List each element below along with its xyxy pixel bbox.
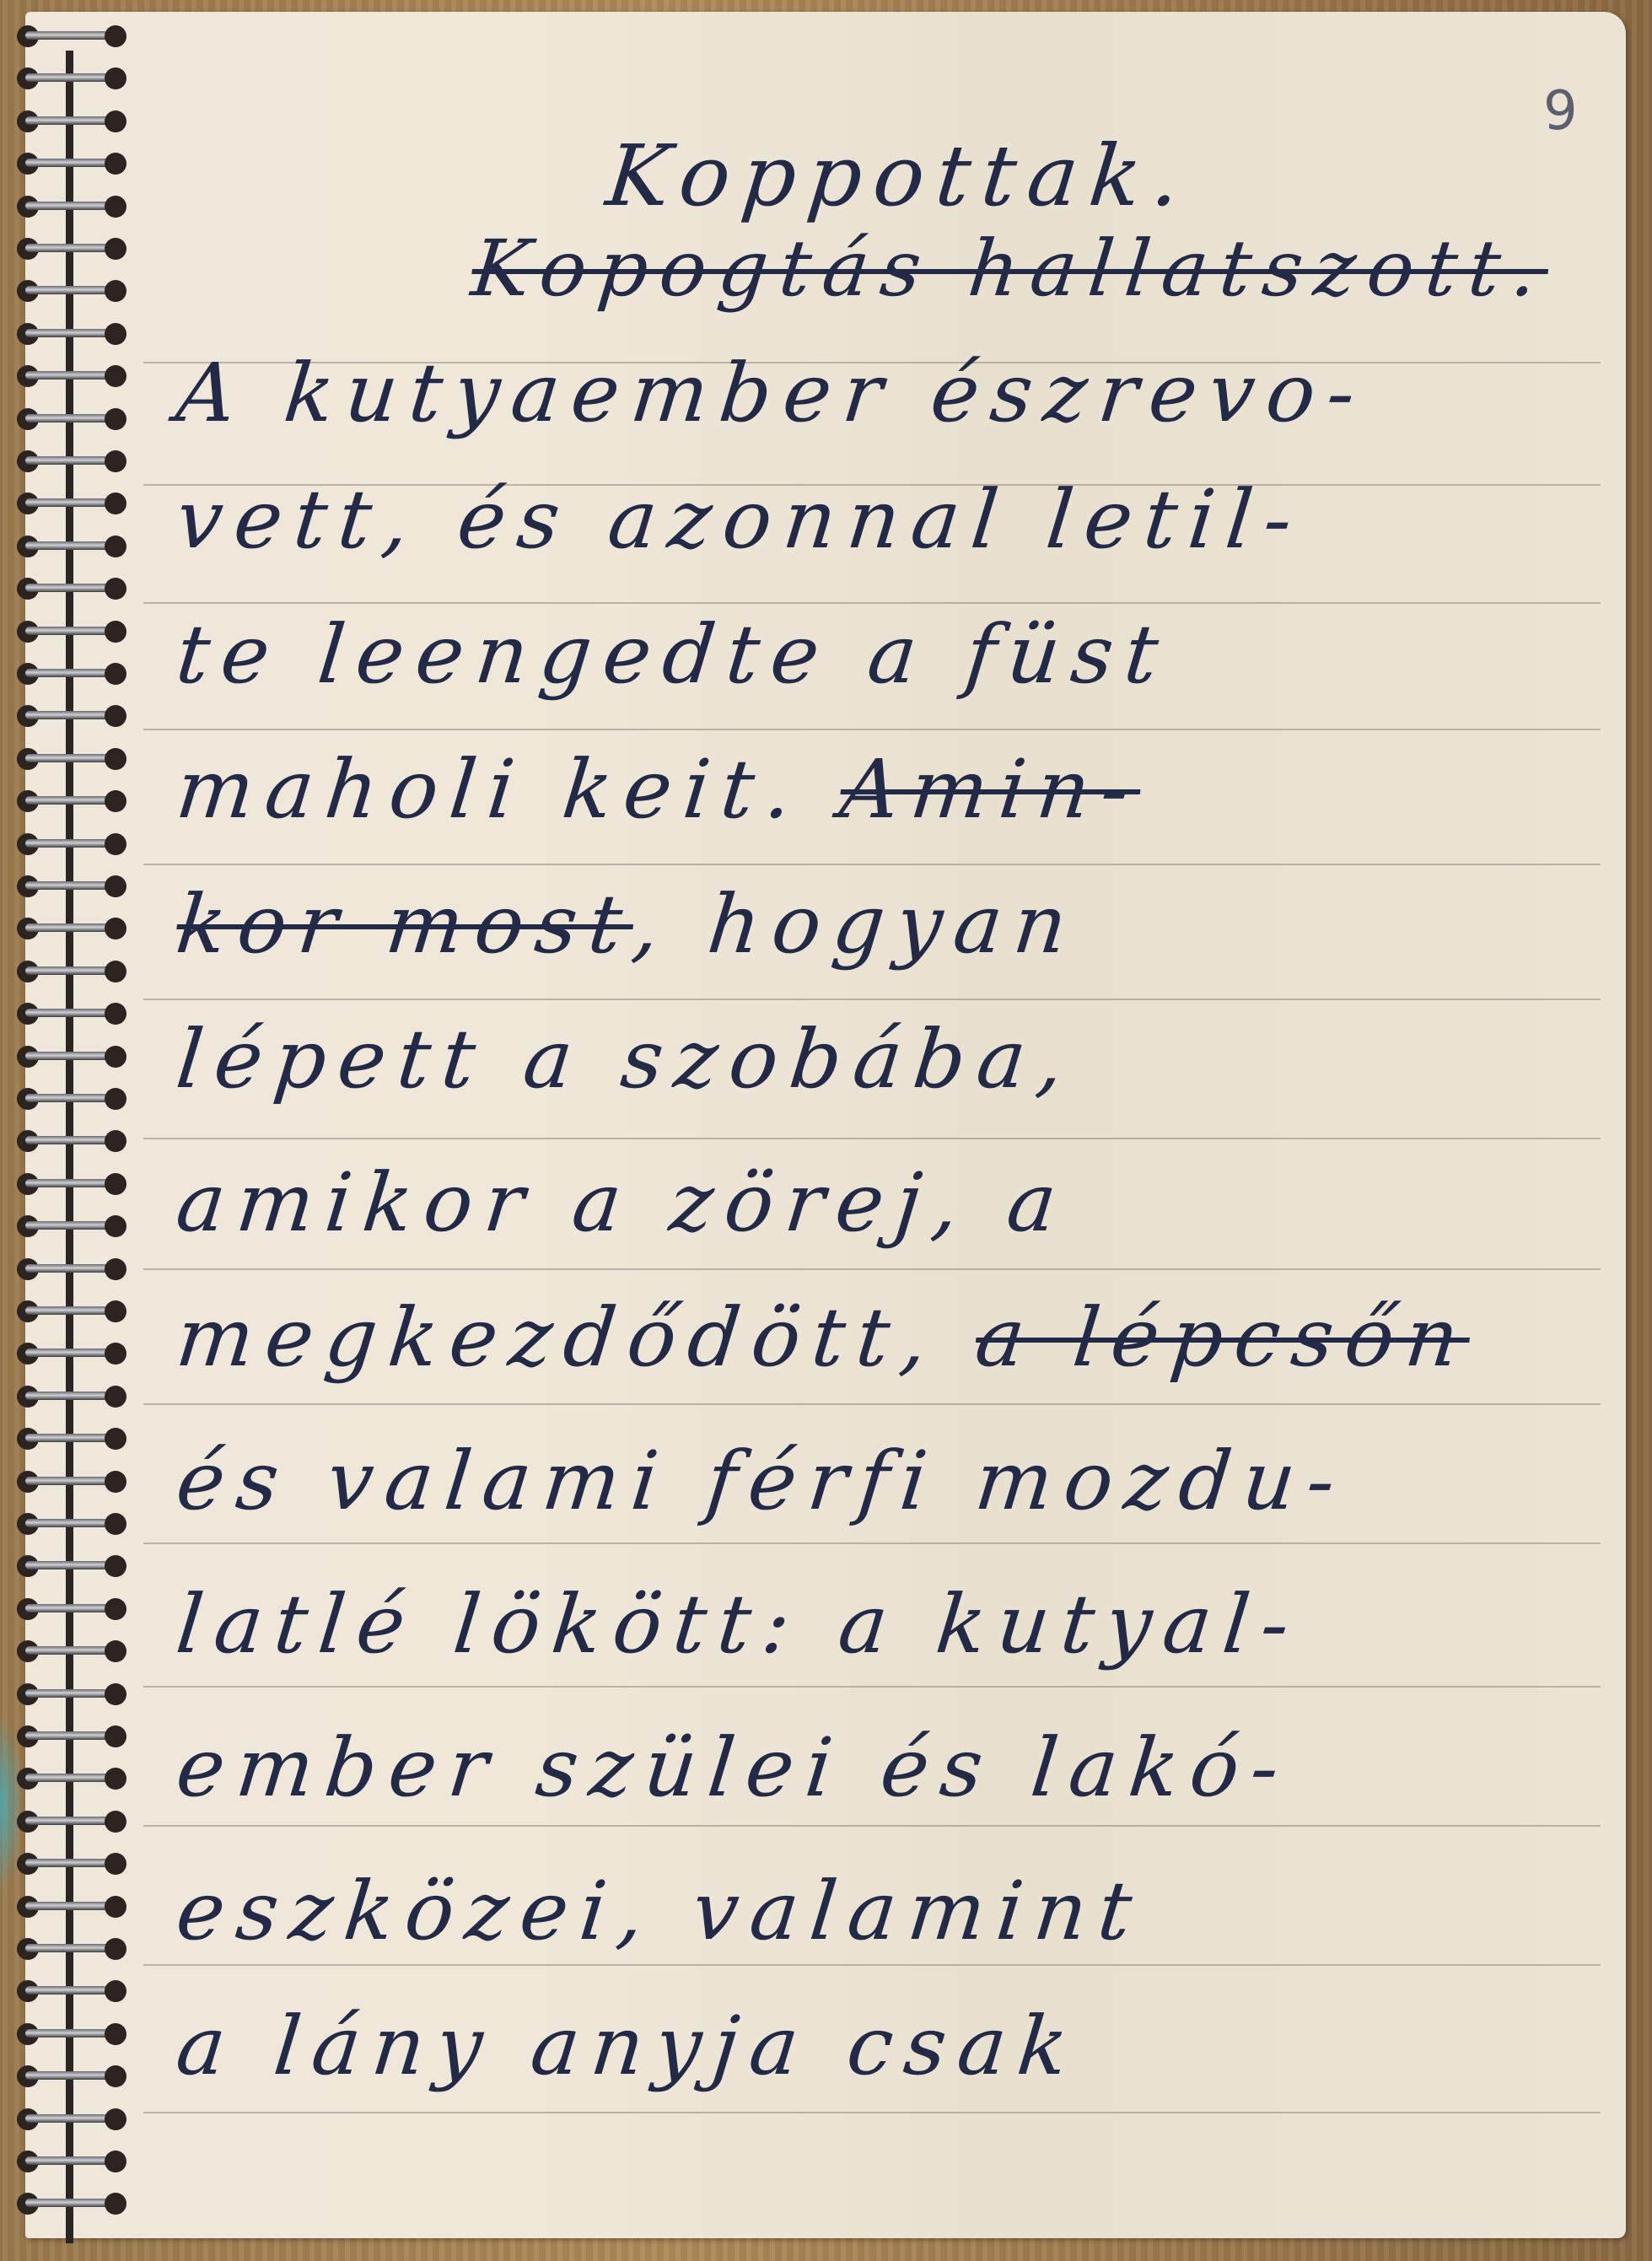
spiral-coil [17, 1428, 126, 1450]
line-text: a lány anyja csak [172, 1999, 1084, 2093]
punch-hole [105, 1173, 126, 1195]
punch-hole [105, 1683, 126, 1705]
ruled-line [143, 1542, 1601, 1544]
punch-hole [105, 1300, 126, 1322]
ruled-line [143, 1403, 1601, 1405]
punch-hole [105, 833, 126, 855]
spiral-coil [17, 1640, 126, 1662]
spiral-coil [17, 1938, 126, 1960]
spiral-coil [17, 621, 126, 643]
punch-hole [105, 450, 126, 472]
punch-hole [105, 1471, 126, 1493]
line-text: , hogyan [628, 877, 1083, 972]
punch-hole [105, 1853, 126, 1875]
page-number: 9 [1543, 80, 1578, 143]
ruled-line [143, 864, 1601, 865]
struck-subtitle: Kopogtás hallatszott. [467, 223, 1552, 314]
spiral-coil [17, 450, 126, 472]
handwritten-line-1: A kutyaember észrevo- [172, 346, 1371, 440]
spiral-coil [17, 1173, 126, 1195]
spiral-coil [17, 578, 126, 600]
spiral-coil [17, 1811, 126, 1833]
punch-hole [105, 1896, 126, 1918]
punch-hole [105, 1088, 126, 1110]
spiral-coil [17, 1215, 126, 1237]
ruled-line [143, 602, 1601, 604]
line-text: lépett a szobába, [172, 1012, 1080, 1106]
spiral-coil [17, 1598, 126, 1620]
handwritten-line-2: vett, és azonnal letil- [172, 472, 1308, 567]
punch-hole [105, 1555, 126, 1577]
spiral-coil [17, 663, 126, 685]
spiral-coil [17, 748, 126, 770]
punch-hole [105, 1343, 126, 1365]
spiral-coil [17, 1725, 126, 1747]
spiral-coil [17, 1343, 126, 1365]
punch-hole [105, 280, 126, 302]
spiral-coil [17, 1088, 126, 1110]
line-text: eszközei, valamint [172, 1864, 1148, 1958]
spiral-coil [17, 790, 126, 812]
punch-hole [105, 153, 126, 175]
spiral-coil [17, 25, 126, 47]
punch-hole [105, 705, 126, 727]
spiral-coil [17, 536, 126, 557]
punch-hole [105, 323, 126, 345]
spiral-coil [17, 1130, 126, 1152]
spiral-coil [17, 1258, 126, 1280]
spiral-coil [17, 1513, 126, 1535]
ruled-line [143, 1268, 1601, 1270]
spiral-coil [17, 408, 126, 430]
handwritten-line-13: a lány anyja csak [172, 1999, 1084, 2093]
ruled-line [143, 1686, 1601, 1688]
punch-hole [105, 408, 126, 430]
handwritten-title: Koppottak. [602, 127, 1197, 225]
spiral-coil [17, 918, 126, 939]
spiral-coil [17, 1555, 126, 1577]
punch-hole [105, 25, 126, 47]
punch-hole [105, 2151, 126, 2172]
punch-hole [105, 748, 126, 770]
spiral-coil [17, 323, 126, 345]
line-text: te leengedte a füst [172, 607, 1174, 702]
punch-hole [105, 67, 126, 89]
ruled-line [143, 999, 1601, 1000]
spiral-coil [17, 705, 126, 727]
ruled-line [143, 1964, 1601, 1966]
handwritten-line-4: maholi keit. Amin- [172, 742, 1145, 837]
spiral-coil [17, 1853, 126, 1875]
spiral-coil [17, 1471, 126, 1493]
spiral-coil [17, 2023, 126, 2045]
line-text: ember szülei és lakó- [172, 1720, 1295, 1815]
spiral-coil [17, 238, 126, 260]
ruled-line [143, 1825, 1601, 1827]
punch-hole [105, 1640, 126, 1662]
handwritten-line-5: kor most, hogyan [172, 877, 1083, 972]
spiral-coil [17, 196, 126, 218]
line-text: A kutyaember észrevo- [172, 346, 1371, 440]
punch-hole [105, 1215, 126, 1237]
line-text: latlé lökött: a kutyal- [172, 1577, 1305, 1672]
spiral-coil [17, 1386, 126, 1408]
spiral-coil [17, 961, 126, 982]
spiral-coil [17, 67, 126, 89]
line-text: és valami férfi mozdu- [172, 1434, 1351, 1528]
spiral-coil [17, 365, 126, 387]
spiral-coil [17, 1003, 126, 1025]
punch-hole [105, 110, 126, 132]
punch-hole [105, 1386, 126, 1408]
punch-hole [105, 1046, 126, 1068]
punch-hole [105, 365, 126, 387]
spiral-coil [17, 2108, 126, 2130]
line-text: vett, és azonnal letil- [172, 472, 1308, 567]
punch-hole [105, 1811, 126, 1833]
line-text: amikor a zörej, a [172, 1155, 1073, 1250]
line-text: megkezdődött, [172, 1290, 944, 1385]
handwritten-line-8: megkezdődött, a lépcsőn [172, 1290, 1475, 1385]
punch-hole [105, 493, 126, 514]
handwritten-line-10: latlé lökött: a kutyal- [172, 1577, 1305, 1672]
spiral-coil [17, 2193, 126, 2215]
punch-hole [105, 663, 126, 685]
spiral-coil [17, 875, 126, 897]
spiral-coil [17, 1300, 126, 1322]
punch-hole [105, 2108, 126, 2130]
ruled-line [143, 729, 1601, 730]
punch-hole [105, 918, 126, 939]
punch-hole [105, 2193, 126, 2215]
struck-text: Amin- [836, 742, 1145, 837]
spiral-coil [17, 2065, 126, 2087]
punch-hole [105, 961, 126, 982]
spiral-coil [17, 2151, 126, 2172]
struck-text: kor most [172, 877, 638, 972]
punch-hole [105, 578, 126, 600]
punch-hole [105, 2065, 126, 2087]
punch-hole [105, 1598, 126, 1620]
line-text: maholi keit. [172, 742, 808, 837]
punch-hole [105, 1258, 126, 1280]
punch-hole [105, 1130, 126, 1152]
struck-text: a lépcsőn [971, 1290, 1475, 1385]
punch-hole [105, 1428, 126, 1450]
punch-hole [105, 1513, 126, 1535]
spiral-coil [17, 1046, 126, 1068]
ruled-line [143, 1138, 1601, 1139]
handwritten-line-9: és valami férfi mozdu- [172, 1434, 1351, 1528]
handwritten-line-3: te leengedte a füst [172, 607, 1174, 702]
punch-hole [105, 1768, 126, 1790]
punch-hole [105, 875, 126, 897]
punch-hole [105, 1725, 126, 1747]
punch-hole [105, 790, 126, 812]
punch-hole [105, 2023, 126, 2045]
punch-hole [105, 238, 126, 260]
ruled-line [143, 2112, 1601, 2113]
handwritten-line-6: lépett a szobába, [172, 1012, 1080, 1106]
spiral-coil [17, 280, 126, 302]
spiral-coil [17, 1768, 126, 1790]
handwritten-line-12: eszközei, valamint [172, 1864, 1148, 1958]
spiral-binding [0, 25, 143, 2235]
spiral-coil [17, 1896, 126, 1918]
handwritten-line-11: ember szülei és lakó- [172, 1720, 1295, 1815]
spiral-coil [17, 153, 126, 175]
punch-hole [105, 621, 126, 643]
spiral-coil [17, 833, 126, 855]
punch-hole [105, 196, 126, 218]
punch-hole [105, 1980, 126, 2002]
spiral-coil [17, 493, 126, 514]
handwritten-line-7: amikor a zörej, a [172, 1155, 1073, 1250]
spiral-coil [17, 1683, 126, 1705]
punch-hole [105, 536, 126, 557]
spiral-coil [17, 1980, 126, 2002]
spiral-coil [17, 110, 126, 132]
punch-hole [105, 1938, 126, 1960]
punch-hole [105, 1003, 126, 1025]
